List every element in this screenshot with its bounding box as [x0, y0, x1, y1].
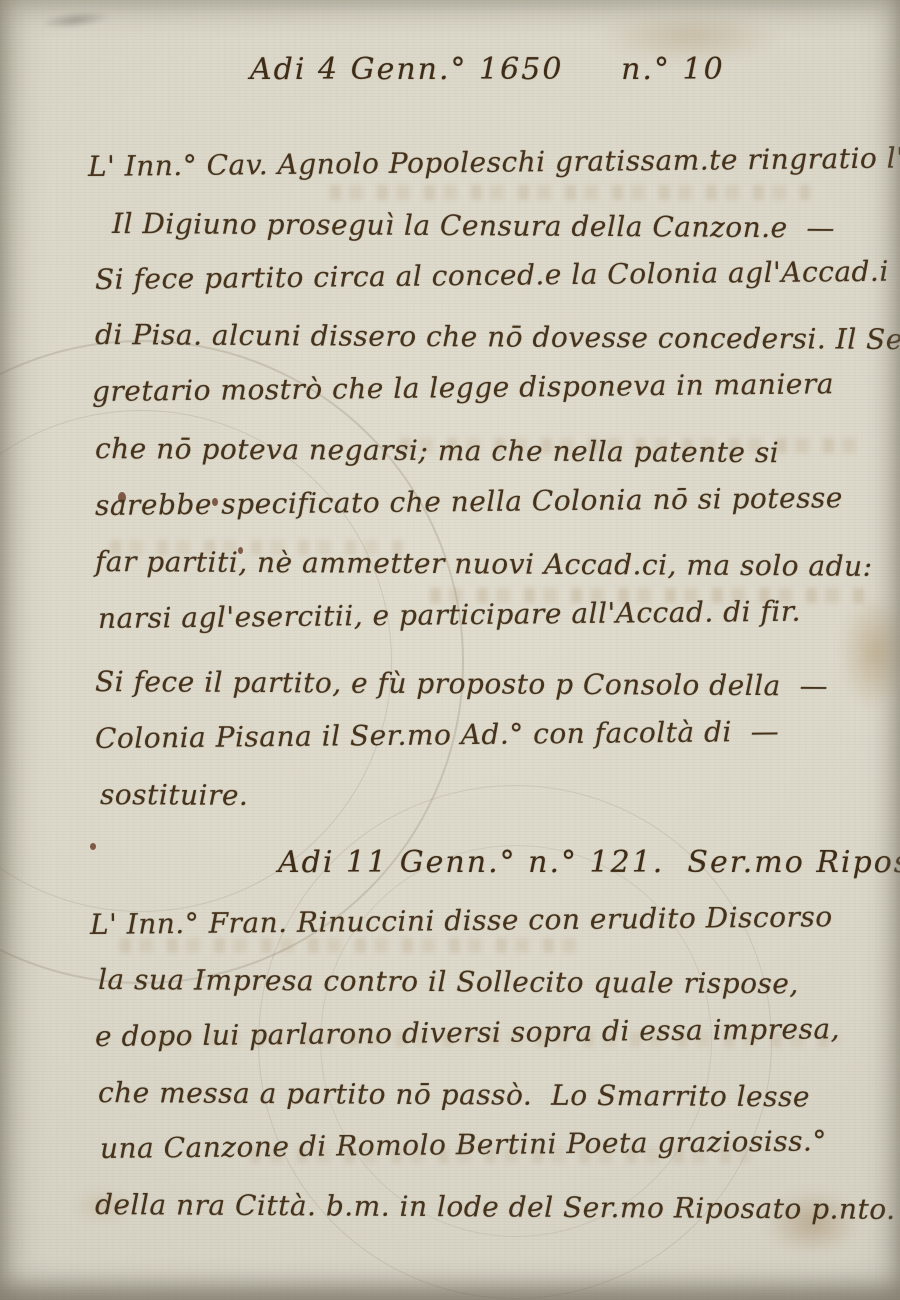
manuscript-line: far partiti, nè ammetter nuovi Accad.ci,… [95, 545, 873, 583]
manuscript-line: sarebbe specificato che nella Colonia nō… [95, 481, 843, 522]
manuscript-line: Colonia Pisana il Ser.mo Ad.° con facolt… [95, 715, 780, 755]
manuscript-line: e dopo lui parlarono diversi sopra di es… [95, 1012, 840, 1053]
manuscript-line: narsi agl'esercitii, e participare all'A… [98, 595, 801, 635]
ink-spot [90, 843, 96, 850]
manuscript-line: Il Digiuno proseguì la Censura della Can… [112, 207, 835, 244]
manuscript-line: una Canzone di Romolo Bertini Poeta graz… [100, 1124, 827, 1165]
manuscript-page: Adi 4 Genn.° 1650 n.° 10 L' Inn.° Cav. A… [0, 0, 900, 1300]
date-heading: Adi 11 Genn.° n.° 121. Ser.mo Riposato [278, 845, 900, 880]
date-heading: Adi 4 Genn.° 1650 n.° 10 [250, 52, 725, 87]
manuscript-line: Si fece partito circa al conced.e la Col… [95, 255, 889, 296]
manuscript-line: L' Inn.° Fran. Rinuccini disse con erudi… [90, 900, 833, 941]
manuscript-line: di Pisa. alcuni dissero che nō dovesse c… [95, 318, 900, 356]
manuscript-line: che messa a partito nō passò. Lo Smarrit… [98, 1076, 810, 1113]
manuscript-line: Si fece il partito, e fù proposto p Cons… [95, 665, 828, 702]
manuscript-line: sostituire. [100, 778, 249, 812]
blind-stamp-circle [0, 410, 392, 912]
manuscript-line: della nra Città. b.m. in lode del Ser.mo… [95, 1188, 896, 1226]
bleed-through-band [330, 185, 810, 200]
manuscript-line: la sua Impresa contro il Sollecito quale… [98, 963, 799, 1000]
manuscript-line: gretario mostrò che la legge disponeva i… [92, 367, 834, 408]
bleed-through-band [120, 938, 590, 953]
manuscript-line: L' Inn.° Cav. Agnolo Popoleschi gratissa… [88, 141, 900, 183]
manuscript-line: che nō poteva negarsi; ma che nella pate… [95, 432, 779, 469]
ink-stain [840, 595, 900, 710]
pencil-scribble [39, 8, 110, 31]
